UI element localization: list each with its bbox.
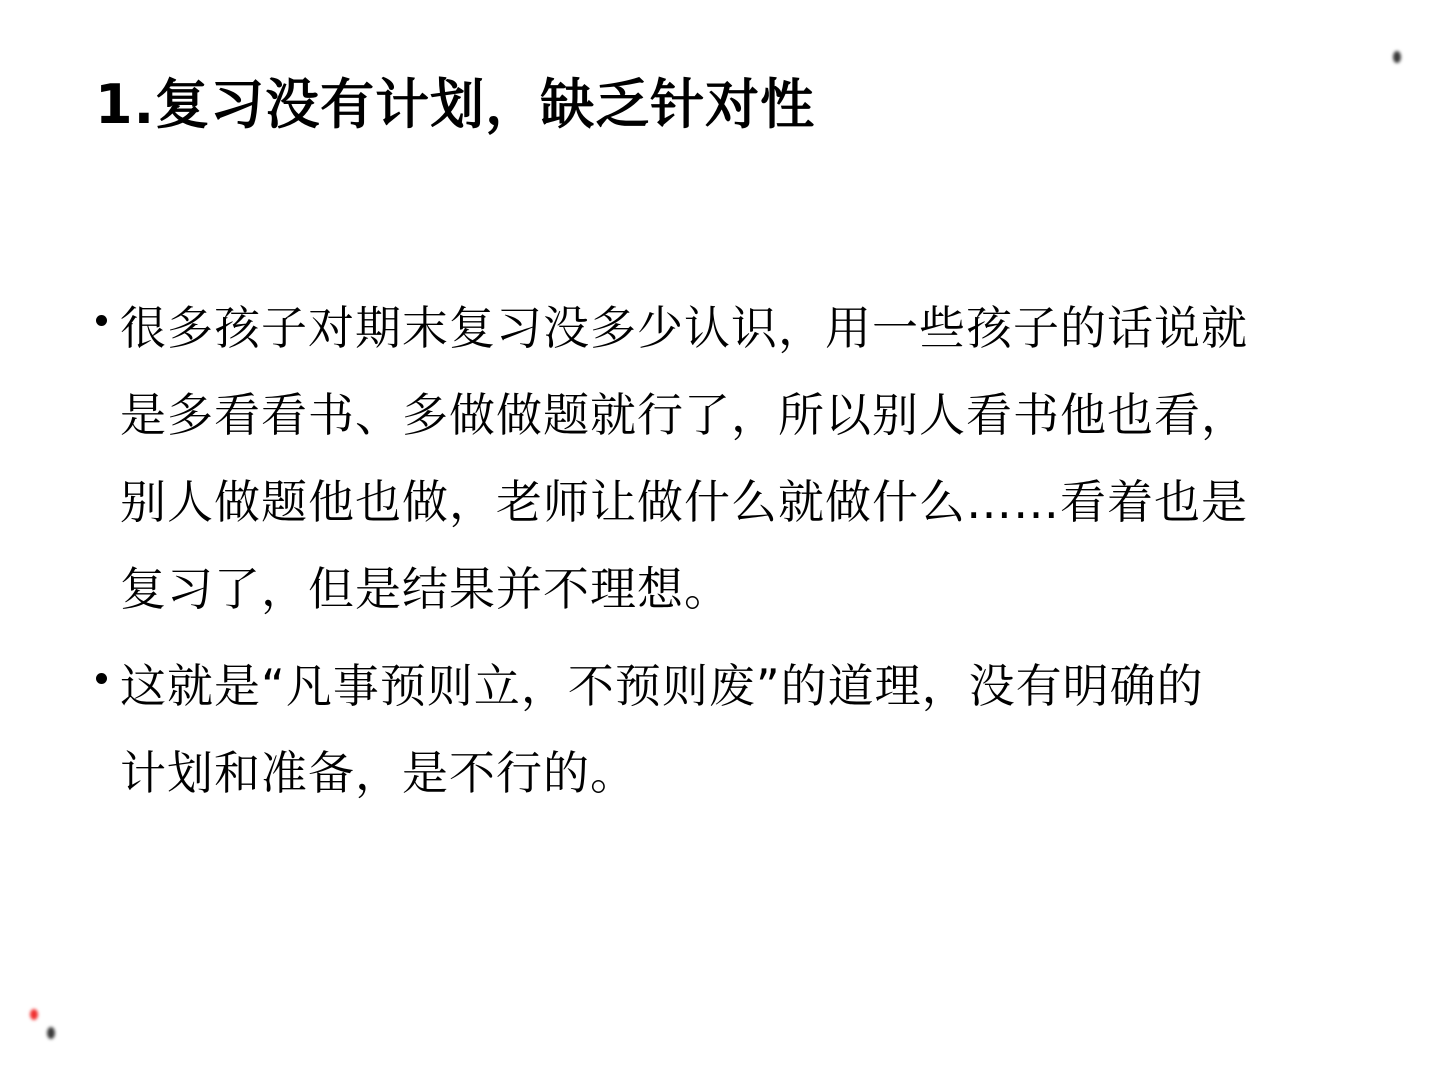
bullet-dot-icon [96, 673, 107, 684]
bullet-text-line: 复习了，但是结果并不理想。 [120, 546, 1362, 633]
decorative-dot-top-right [1393, 51, 1401, 63]
slide-body: 很多孩子对期末复习没多少认识，用一些孩子的话说就 是多看看书、多做做题就行了，所… [92, 285, 1362, 827]
bullet-item: 这就是“凡事预则立，不预则废”的道理，没有明确的 计划和准备，是不行的。 [92, 643, 1362, 817]
slide: 1.复习没有计划，缺乏针对性 很多孩子对期末复习没多少认识，用一些孩子的话说就 … [0, 0, 1440, 1080]
bullet-item: 很多孩子对期末复习没多少认识，用一些孩子的话说就 是多看看书、多做做题就行了，所… [92, 285, 1362, 633]
bullet-text-line: 是多看看书、多做做题就行了，所以别人看书他也看， [120, 372, 1362, 459]
bullet-text-line: 很多孩子对期末复习没多少认识，用一些孩子的话说就 [120, 285, 1362, 372]
bullet-text-line: 计划和准备，是不行的。 [120, 730, 1362, 817]
bullet-text-line: 别人做题他也做，老师让做什么就做什么……看着也是 [120, 459, 1362, 546]
decorative-dot-red [30, 1009, 38, 1020]
slide-title: 1.复习没有计划，缺乏针对性 [95, 70, 815, 140]
bullet-dot-icon [96, 315, 107, 326]
bullet-text-line: 这就是“凡事预则立，不预则废”的道理，没有明确的 [120, 643, 1362, 730]
decorative-dot-dark [47, 1027, 55, 1039]
